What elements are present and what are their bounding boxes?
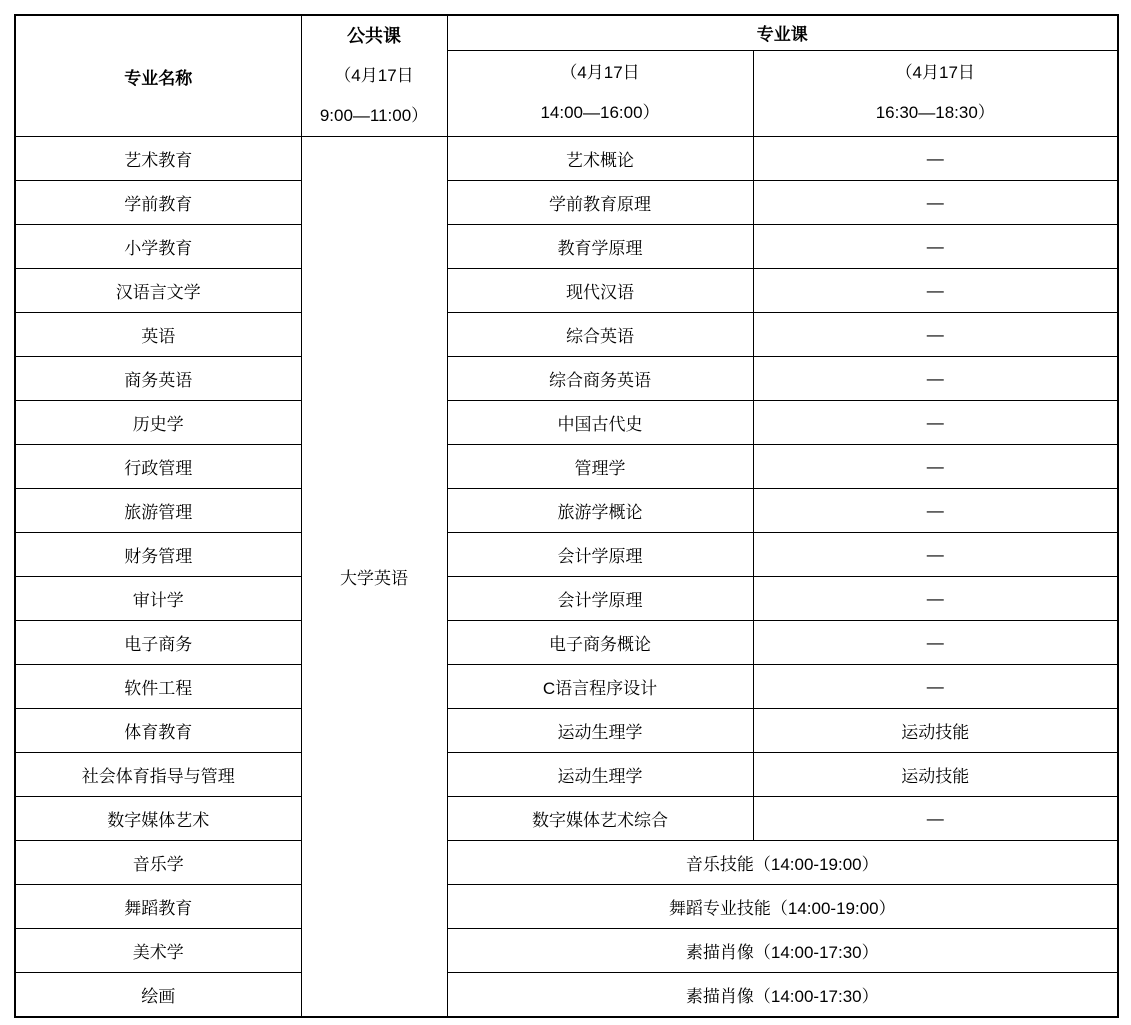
header-slot1-time: （4月17日 14:00—16:00） [447,50,753,136]
professional-exam-merged-cell: 音乐技能（14:00-19:00） [447,841,1118,885]
professional-exam-slot1-cell: 学前教育原理 [447,181,753,225]
table-row: 美术学 素描肖像（14:00-17:30） [15,929,1118,973]
major-name-cell: 审计学 [15,577,301,621]
professional-exam-slot1-cell: 综合商务英语 [447,357,753,401]
table-row: 艺术教育 大学英语艺术概论 — [15,137,1118,181]
schedule-table-header: 专业名称 公共课 （4月17日 9:00—11:00） 专业课 （4月17日 1… [15,15,1118,137]
major-name-cell: 商务英语 [15,357,301,401]
major-name-cell: 音乐学 [15,841,301,885]
header-public-course: 公共课 （4月17日 9:00—11:00） [301,15,447,137]
header-slot2-time: （4月17日 16:30—18:30） [753,50,1118,136]
header-row-1: 专业名称 公共课 （4月17日 9:00—11:00） 专业课 [15,15,1118,50]
major-name-cell: 历史学 [15,401,301,445]
professional-exam-slot2-cell: — [753,269,1118,313]
header-slot1-date-line: （4月17日 [452,53,749,93]
table-row: 汉语言文学 现代汉语 — [15,269,1118,313]
table-row: 数字媒体艺术 数字媒体艺术综合 — [15,797,1118,841]
professional-exam-slot1-cell: 会计学原理 [447,533,753,577]
professional-exam-slot2-cell: — [753,357,1118,401]
professional-exam-slot1-cell: C语言程序设计 [447,665,753,709]
major-name-cell: 美术学 [15,929,301,973]
exam-schedule-table: 专业名称 公共课 （4月17日 9:00—11:00） 专业课 （4月17日 1… [14,14,1119,1018]
major-name-cell: 舞蹈教育 [15,885,301,929]
table-row: 音乐学 音乐技能（14:00-19:00） [15,841,1118,885]
table-row: 英语 综合英语 — [15,313,1118,357]
professional-exam-slot2-cell: — [753,181,1118,225]
professional-exam-merged-cell: 舞蹈专业技能（14:00-19:00） [447,885,1118,929]
professional-exam-slot2-cell: — [753,445,1118,489]
professional-exam-slot1-cell: 综合英语 [447,313,753,357]
major-name-cell: 社会体育指导与管理 [15,753,301,797]
professional-exam-slot2-cell: — [753,621,1118,665]
table-row: 学前教育 学前教育原理 — [15,181,1118,225]
table-row: 行政管理 管理学 — [15,445,1118,489]
exam-schedule: 专业名称 公共课 （4月17日 9:00—11:00） 专业课 （4月17日 1… [14,14,1119,1018]
professional-exam-slot1-cell: 会计学原理 [447,577,753,621]
header-public-course-date: （4月17日 [306,56,443,96]
table-row: 体育教育 运动生理学 运动技能 [15,709,1118,753]
major-name-cell: 财务管理 [15,533,301,577]
major-name-cell: 绘画 [15,973,301,1017]
professional-exam-slot2-cell: — [753,797,1118,841]
professional-exam-slot2-cell: — [753,489,1118,533]
major-name-cell: 软件工程 [15,665,301,709]
table-row: 电子商务 电子商务概论 — [15,621,1118,665]
major-name-cell: 行政管理 [15,445,301,489]
table-row: 软件工程 C语言程序设计 — [15,665,1118,709]
header-public-course-title: 公共课 [306,16,443,56]
major-name-cell: 旅游管理 [15,489,301,533]
professional-exam-slot2-cell: — [753,665,1118,709]
table-row: 商务英语 综合商务英语 — [15,357,1118,401]
table-row: 绘画 素描肖像（14:00-17:30） [15,973,1118,1017]
major-name-cell: 英语 [15,313,301,357]
header-major-name: 专业名称 [15,15,301,137]
professional-exam-slot1-cell: 中国古代史 [447,401,753,445]
major-name-cell: 小学教育 [15,225,301,269]
table-row: 财务管理 会计学原理 — [15,533,1118,577]
major-name-cell: 艺术教育 [15,137,301,181]
table-row: 旅游管理 旅游学概论 — [15,489,1118,533]
professional-exam-slot2-cell: 运动技能 [753,709,1118,753]
professional-exam-slot1-cell: 运动生理学 [447,709,753,753]
header-slot1-time-line: 14:00—16:00） [452,93,749,133]
professional-exam-merged-cell: 素描肖像（14:00-17:30） [447,929,1118,973]
professional-exam-slot2-cell: — [753,225,1118,269]
professional-exam-slot2-cell: — [753,533,1118,577]
major-name-cell: 体育教育 [15,709,301,753]
header-professional-course-title: 专业课 [447,15,1118,50]
professional-exam-merged-cell: 素描肖像（14:00-17:30） [447,973,1118,1017]
professional-exam-slot1-cell: 数字媒体艺术综合 [447,797,753,841]
schedule-table-body: 艺术教育 大学英语艺术概论 — 学前教育 学前教育原理 — 小学教育 教育学原理… [15,137,1118,1017]
header-slot2-time-line: 16:30—18:30） [758,93,1114,133]
professional-exam-slot1-cell: 管理学 [447,445,753,489]
professional-exam-slot2-cell: — [753,137,1118,181]
professional-exam-slot2-cell: — [753,401,1118,445]
table-row: 小学教育 教育学原理 — [15,225,1118,269]
professional-exam-slot1-cell: 旅游学概论 [447,489,753,533]
major-name-cell: 数字媒体艺术 [15,797,301,841]
professional-exam-slot1-cell: 现代汉语 [447,269,753,313]
major-name-cell: 电子商务 [15,621,301,665]
major-name-cell: 学前教育 [15,181,301,225]
table-row: 舞蹈教育 舞蹈专业技能（14:00-19:00） [15,885,1118,929]
professional-exam-slot1-cell: 运动生理学 [447,753,753,797]
public-course-value-cell: 大学英语 [301,137,447,1017]
header-public-course-time: 9:00—11:00） [306,96,443,136]
table-row: 社会体育指导与管理 运动生理学 运动技能 [15,753,1118,797]
professional-exam-slot1-cell: 电子商务概论 [447,621,753,665]
header-slot2-date-line: （4月17日 [758,53,1114,93]
table-row: 审计学 会计学原理 — [15,577,1118,621]
professional-exam-slot1-cell: 艺术概论 [447,137,753,181]
table-row: 历史学 中国古代史 — [15,401,1118,445]
professional-exam-slot1-cell: 教育学原理 [447,225,753,269]
professional-exam-slot2-cell: — [753,577,1118,621]
professional-exam-slot2-cell: 运动技能 [753,753,1118,797]
major-name-cell: 汉语言文学 [15,269,301,313]
professional-exam-slot2-cell: — [753,313,1118,357]
